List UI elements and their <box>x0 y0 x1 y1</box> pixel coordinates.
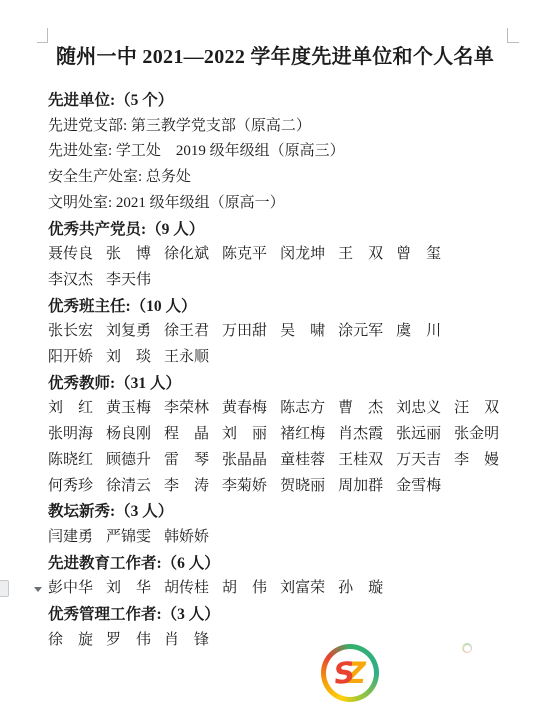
info-line: 安全生产处室: 总务处 <box>48 165 518 191</box>
person-name: 张明海 <box>48 422 93 448</box>
small-ring-watermark <box>462 643 472 653</box>
person-name: 李 嫚 <box>454 448 499 474</box>
person-name: 徐 旋 <box>48 628 93 654</box>
name-row: 聂传良张 博徐化斌陈克平闵龙坤王 双曾 玺 <box>48 242 518 268</box>
info-line: 文明处室: 2021 级年级组（原高一） <box>48 191 518 217</box>
person-name: 孙 璇 <box>338 576 383 602</box>
person-name: 贺晓丽 <box>280 474 325 500</box>
logo-letters: S Z <box>321 644 379 702</box>
info-line: 先进党支部: 第三教学党支部（原高二） <box>48 114 518 140</box>
person-name: 闫建勇 <box>48 525 93 551</box>
person-name: 刘 华 <box>106 576 151 602</box>
person-name: 张 博 <box>106 242 151 268</box>
person-name: 肖杰霞 <box>338 422 383 448</box>
person-name: 阳开娇 <box>48 345 93 371</box>
info-line: 先进处室: 学工处 2019 级年级组（原高三） <box>48 139 518 165</box>
person-name: 闵龙坤 <box>280 242 325 268</box>
person-name: 何秀珍 <box>48 474 93 500</box>
person-name: 刘忠义 <box>396 396 441 422</box>
person-name: 肖 锋 <box>164 628 209 654</box>
section-heading: 先进教育工作者:（6 人） <box>48 551 518 577</box>
document-body: 先进单位:（5 个）先进党支部: 第三教学党支部（原高二）先进处室: 学工处 2… <box>48 88 518 653</box>
name-row: 刘 红黄玉梅李荣林黄春梅陈志方曹 杰刘忠义汪 双 <box>48 396 518 422</box>
name-row: 徐 旋罗 伟肖 锋 <box>48 628 518 654</box>
person-name: 刘 丽 <box>222 422 267 448</box>
person-name: 李 涛 <box>164 474 209 500</box>
person-name: 罗 伟 <box>106 628 151 654</box>
person-name: 虞 川 <box>396 319 441 345</box>
person-name: 吴 啸 <box>280 319 325 345</box>
person-name: 刘复勇 <box>106 319 151 345</box>
section-heading: 先进单位:（5 个） <box>48 88 518 114</box>
person-name: 陈晓红 <box>48 448 93 474</box>
paste-options-button[interactable] <box>0 580 9 597</box>
person-name: 雷 琴 <box>164 448 209 474</box>
name-row: 张明海杨良刚程 晶刘 丽褚红梅肖杰霞张远丽张金明 <box>48 422 518 448</box>
person-name: 金雪梅 <box>396 474 441 500</box>
logo-letter-s: S <box>333 657 357 688</box>
person-name: 王 双 <box>338 242 383 268</box>
section-heading: 教坛新秀:（3 人） <box>48 499 518 525</box>
person-name: 张长宏 <box>48 319 93 345</box>
name-row: 闫建勇严锦雯韩娇娇 <box>48 525 518 551</box>
person-name: 韩娇娇 <box>164 525 209 551</box>
name-row: 何秀珍徐清云李 涛李菊娇贺晓丽周加群金雪梅 <box>48 474 518 500</box>
word-document-page: 随州一中 2021—2022 学年度先进单位和个人名单 先进单位:（5 个）先进… <box>0 0 538 702</box>
person-name: 徐清云 <box>106 474 151 500</box>
name-row: 阳开娇刘 琰王永顺 <box>48 345 518 371</box>
person-name: 褚红梅 <box>280 422 325 448</box>
person-name: 李荣林 <box>164 396 209 422</box>
person-name: 李菊娇 <box>222 474 267 500</box>
section-heading: 优秀教师:（31 人） <box>48 371 518 397</box>
person-name: 曾 玺 <box>396 242 441 268</box>
section-heading: 优秀班主任:（10 人） <box>48 294 518 320</box>
name-row: 李汉杰李天伟 <box>48 268 518 294</box>
person-name: 涂元军 <box>338 319 383 345</box>
text-boundary-corner-top-left <box>37 28 48 43</box>
sz-logo-watermark: S Z <box>321 644 379 702</box>
person-name: 胡 伟 <box>222 576 267 602</box>
person-name: 徐化斌 <box>164 242 209 268</box>
name-row: 张长宏刘复勇徐王君万田甜吴 啸涂元军虞 川 <box>48 319 518 345</box>
person-name: 黄春梅 <box>222 396 267 422</box>
person-name: 黄玉梅 <box>106 396 151 422</box>
person-name: 刘富荣 <box>280 576 325 602</box>
text-boundary-corner-top-right <box>507 28 519 43</box>
person-name: 顾德升 <box>106 448 151 474</box>
person-name: 王永顺 <box>164 345 209 371</box>
person-name: 曹 杰 <box>338 396 383 422</box>
person-name: 程 晶 <box>164 422 209 448</box>
person-name: 陈志方 <box>280 396 325 422</box>
document-title: 随州一中 2021—2022 学年度先进单位和个人名单 <box>38 42 512 72</box>
person-name: 张晶晶 <box>222 448 267 474</box>
section-heading: 优秀共产党员:（9 人） <box>48 217 518 243</box>
person-name: 张远丽 <box>396 422 441 448</box>
person-name: 周加群 <box>338 474 383 500</box>
person-name: 万田甜 <box>222 319 267 345</box>
person-name: 彭中华 <box>48 576 93 602</box>
section-heading: 优秀管理工作者:（3 人） <box>48 602 518 628</box>
person-name: 汪 双 <box>454 396 499 422</box>
person-name: 聂传良 <box>48 242 93 268</box>
person-name: 刘 琰 <box>106 345 151 371</box>
person-name: 陈克平 <box>222 242 267 268</box>
person-name: 张金明 <box>454 422 499 448</box>
person-name: 胡传桂 <box>164 576 209 602</box>
person-name: 李汉杰 <box>48 268 93 294</box>
person-name: 严锦雯 <box>106 525 151 551</box>
person-name: 李天伟 <box>106 268 151 294</box>
person-name: 王桂双 <box>338 448 383 474</box>
person-name: 万天吉 <box>396 448 441 474</box>
person-name: 杨良刚 <box>106 422 151 448</box>
name-row: 陈晓红顾德升雷 琴张晶晶童桂蓉王桂双万天吉李 嫚 <box>48 448 518 474</box>
name-row: 彭中华刘 华胡传桂胡 伟刘富荣孙 璇 <box>48 576 518 602</box>
person-name: 徐王君 <box>164 319 209 345</box>
chevron-down-icon <box>34 587 42 592</box>
person-name: 刘 红 <box>48 396 93 422</box>
person-name: 童桂蓉 <box>280 448 325 474</box>
